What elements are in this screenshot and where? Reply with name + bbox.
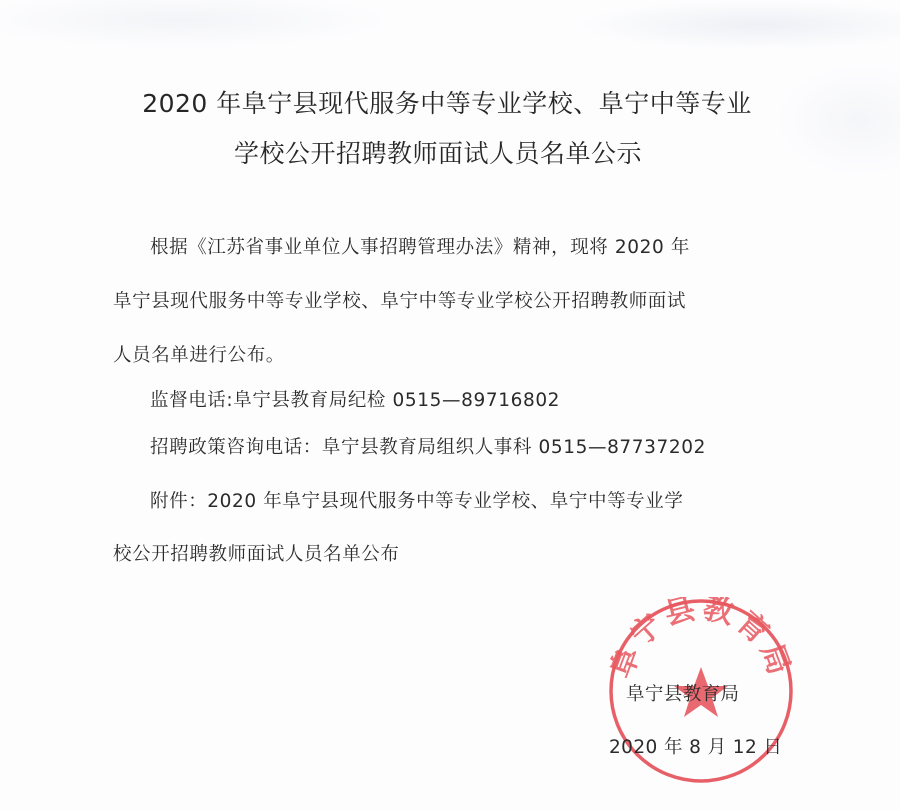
signature-organization: 阜宁县教育局 [626, 680, 739, 706]
intro-paragraph-line-1: 根据《江苏省事业单位人事招聘管理办法》精神，现将 2020 年 [150, 233, 690, 259]
policy-phone: 招聘政策咨询电话：阜宁县教育局组织人事科 0515—87737202 [150, 433, 706, 459]
document-title-line-2: 学校公开招聘教师面试人员名单公示 [0, 134, 888, 170]
signature-date: 2020 年 8 月 12 日 [609, 733, 782, 759]
supervision-phone: 监督电话:阜宁县教育局纪检 0515—89716802 [150, 386, 560, 412]
intro-paragraph-line-3: 人员名单进行公布。 [113, 341, 285, 367]
document-page: 2020 年阜宁县现代服务中等专业学校、阜宁中等专业 学校公开招聘教师面试人员名… [0, 0, 900, 810]
attachment-line-1: 附件：2020 年阜宁县现代服务中等专业学校、阜宁中等专业学 [150, 487, 683, 513]
intro-paragraph-line-2: 阜宁县现代服务中等专业学校、阜宁中等专业学校公开招聘教师面试 [113, 287, 686, 313]
document-title-line-1: 2020 年阜宁县现代服务中等专业学校、阜宁中等专业 [0, 84, 897, 120]
attachment-line-2: 校公开招聘教师面试人员名单公布 [113, 540, 400, 566]
